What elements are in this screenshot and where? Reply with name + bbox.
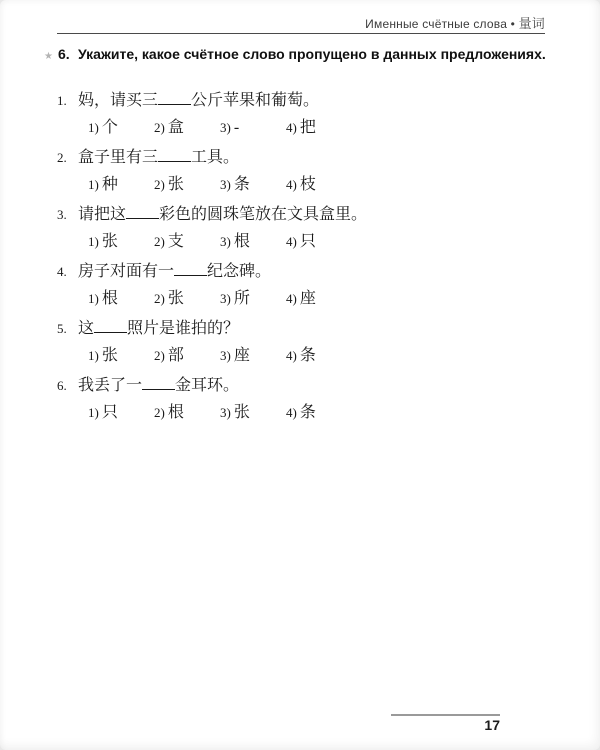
sentence-pre-blank: 这 <box>78 320 94 337</box>
options-row: 1)种 2)张 3)条 4)枝 <box>57 171 570 198</box>
running-header: Именные счётные слова • 量词 <box>57 13 545 32</box>
question-sentence: 4.房子对面有一纪念碑。 <box>57 258 570 285</box>
sentence-pre-blank: 我丢了一 <box>78 377 142 394</box>
option-number: 4) <box>286 120 297 135</box>
footer-divider <box>391 714 500 716</box>
sentence-post-blank: 公斤苹果和葡萄。 <box>191 92 319 109</box>
option-4: 4)枝 <box>286 171 316 198</box>
option-3: 3)条 <box>220 171 282 198</box>
options-row: 1)个 2)盒 3)- 4)把 <box>57 114 570 141</box>
option-3: 3)所 <box>220 285 282 312</box>
option-4: 4)只 <box>286 228 316 255</box>
question-sentence: 6.我丢了一金耳环。 <box>57 372 570 399</box>
option-value: 种 <box>102 176 118 193</box>
option-number: 3) <box>220 405 231 420</box>
option-value: 根 <box>234 233 250 250</box>
options-row: 1)张 2)部 3)座 4)条 <box>57 342 570 369</box>
option-4: 4)条 <box>286 399 316 426</box>
option-number: 3) <box>220 177 231 192</box>
question-number: 6. <box>57 372 78 399</box>
options-row: 1)张 2)支 3)根 4)只 <box>57 228 570 255</box>
page-number: 17 <box>391 717 500 733</box>
question-item: 2.盒子里有三工具。 1)种 2)张 3)条 4)枝 <box>57 144 570 198</box>
option-number: 2) <box>154 177 165 192</box>
option-3: 3)根 <box>220 228 282 255</box>
book-page: Именные счётные слова • 量词 ★ 6. Укажите,… <box>0 0 600 750</box>
answer-blank <box>158 92 191 105</box>
option-3: 3)张 <box>220 399 282 426</box>
option-4: 4)座 <box>286 285 316 312</box>
option-number: 4) <box>286 291 297 306</box>
option-2: 2)张 <box>154 285 216 312</box>
bullet-separator-icon: • <box>511 17 515 31</box>
question-sentence: 1.妈，请买三公斤苹果和葡萄。 <box>57 87 570 114</box>
question-sentence: 5.这照片是谁拍的？ <box>57 315 570 342</box>
option-number: 1) <box>88 405 99 420</box>
option-1: 1)只 <box>88 399 150 426</box>
option-value: 所 <box>234 290 250 307</box>
answer-blank <box>158 149 191 162</box>
answer-blank <box>94 320 127 333</box>
header-divider <box>57 33 545 34</box>
sentence-pre-blank: 房子对面有一 <box>78 263 174 280</box>
option-number: 1) <box>88 234 99 249</box>
sentence-post-blank: 工具。 <box>191 149 239 166</box>
options-row: 1)只 2)根 3)张 4)条 <box>57 399 570 426</box>
option-value: 把 <box>300 119 316 136</box>
sentence-pre-blank: 妈，请买三 <box>78 92 158 109</box>
option-value: - <box>234 119 239 136</box>
option-number: 1) <box>88 177 99 192</box>
option-number: 3) <box>220 120 231 135</box>
option-number: 2) <box>154 348 165 363</box>
option-2: 2)根 <box>154 399 216 426</box>
option-number: 1) <box>88 120 99 135</box>
header-title-cn: 量词 <box>519 16 545 31</box>
option-value: 条 <box>300 404 316 421</box>
question-list: 1.妈，请买三公斤苹果和葡萄。 1)个 2)盒 3)- 4)把 2.盒子里有三工… <box>57 87 570 429</box>
header-title-ru: Именные счётные слова <box>365 17 507 31</box>
option-number: 1) <box>88 348 99 363</box>
question-item: 5.这照片是谁拍的？ 1)张 2)部 3)座 4)条 <box>57 315 570 369</box>
option-value: 条 <box>234 176 250 193</box>
options-row: 1)根 2)张 3)所 4)座 <box>57 285 570 312</box>
sentence-post-blank: 纪念碑。 <box>207 263 271 280</box>
question-number: 2. <box>57 144 78 171</box>
sentence-pre-blank: 请把这 <box>78 206 126 223</box>
question-sentence: 3.请把这彩色的圆珠笔放在文具盒里。 <box>57 201 570 228</box>
option-number: 3) <box>220 348 231 363</box>
option-number: 2) <box>154 291 165 306</box>
option-value: 支 <box>168 233 184 250</box>
exercise-heading: ★ 6. Укажите, какое счётное слово пропущ… <box>44 46 570 62</box>
answer-blank <box>174 263 207 276</box>
option-value: 张 <box>168 176 184 193</box>
question-number: 3. <box>57 201 78 228</box>
option-number: 4) <box>286 234 297 249</box>
option-1: 1)张 <box>88 228 150 255</box>
option-number: 2) <box>154 120 165 135</box>
option-value: 张 <box>102 233 118 250</box>
option-value: 只 <box>300 233 316 250</box>
option-1: 1)张 <box>88 342 150 369</box>
option-value: 个 <box>102 119 118 136</box>
option-4: 4)条 <box>286 342 316 369</box>
sentence-post-blank: 彩色的圆珠笔放在文具盒里。 <box>159 206 367 223</box>
option-number: 4) <box>286 405 297 420</box>
option-value: 盒 <box>168 119 184 136</box>
answer-blank <box>142 377 175 390</box>
option-value: 张 <box>234 404 250 421</box>
question-number: 4. <box>57 258 78 285</box>
option-value: 张 <box>102 347 118 364</box>
option-number: 4) <box>286 177 297 192</box>
sentence-pre-blank: 盒子里有三 <box>78 149 158 166</box>
option-value: 张 <box>168 290 184 307</box>
question-item: 4.房子对面有一纪念碑。 1)根 2)张 3)所 4)座 <box>57 258 570 312</box>
option-1: 1)个 <box>88 114 150 141</box>
question-item: 3.请把这彩色的圆珠笔放在文具盒里。 1)张 2)支 3)根 4)只 <box>57 201 570 255</box>
option-4: 4)把 <box>286 114 316 141</box>
question-number: 1. <box>57 87 78 114</box>
option-2: 2)张 <box>154 171 216 198</box>
option-3: 3)座 <box>220 342 282 369</box>
option-value: 枝 <box>300 176 316 193</box>
question-sentence: 2.盒子里有三工具。 <box>57 144 570 171</box>
option-3: 3)- <box>220 114 282 141</box>
exercise-instruction: Укажите, какое счётное слово пропущено в… <box>78 46 546 62</box>
option-2: 2)部 <box>154 342 216 369</box>
answer-blank <box>126 206 159 219</box>
question-item: 1.妈，请买三公斤苹果和葡萄。 1)个 2)盒 3)- 4)把 <box>57 87 570 141</box>
option-2: 2)盒 <box>154 114 216 141</box>
option-number: 3) <box>220 234 231 249</box>
option-value: 只 <box>102 404 118 421</box>
option-1: 1)根 <box>88 285 150 312</box>
option-number: 4) <box>286 348 297 363</box>
option-value: 根 <box>168 404 184 421</box>
exercise-number: 6. <box>58 46 78 62</box>
option-value: 座 <box>234 347 250 364</box>
option-1: 1)种 <box>88 171 150 198</box>
question-number: 5. <box>57 315 78 342</box>
option-value: 座 <box>300 290 316 307</box>
option-number: 3) <box>220 291 231 306</box>
option-number: 2) <box>154 234 165 249</box>
sentence-post-blank: 金耳环。 <box>175 377 239 394</box>
option-number: 2) <box>154 405 165 420</box>
option-number: 1) <box>88 291 99 306</box>
star-icon: ★ <box>44 51 58 62</box>
question-item: 6.我丢了一金耳环。 1)只 2)根 3)张 4)条 <box>57 372 570 426</box>
option-value: 条 <box>300 347 316 364</box>
option-value: 根 <box>102 290 118 307</box>
sentence-post-blank: 照片是谁拍的？ <box>127 320 239 337</box>
option-value: 部 <box>168 347 184 364</box>
option-2: 2)支 <box>154 228 216 255</box>
